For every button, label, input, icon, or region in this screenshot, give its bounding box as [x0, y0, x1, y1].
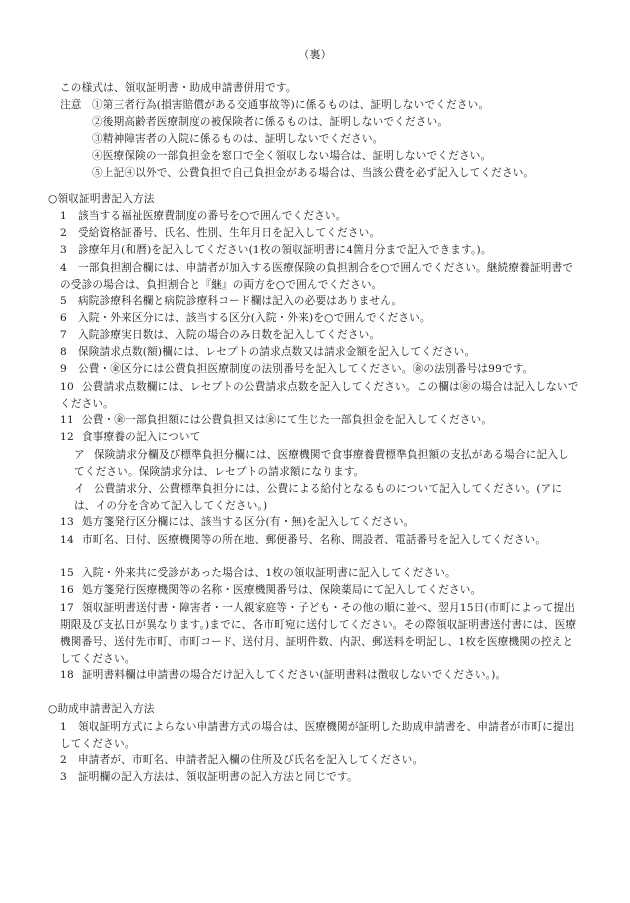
receipt-section-heading: ○領収証明書記入方法 — [48, 192, 155, 206]
item-number: 9 — [60, 362, 78, 376]
subsidy-item: 1領収証明方式によらない申請書方式の場合は、医療機関が証明した助成申請書を、申請… — [60, 719, 580, 753]
page-title: （裏） — [0, 46, 630, 62]
item-number: 14 — [60, 532, 82, 549]
intro-text: この様式は、領収証明書・助成申請書併用です。 — [60, 81, 297, 95]
item-text: 申請者が、市町名、申請者記入欄の住所及び氏名を記入してください。 — [78, 754, 423, 766]
item-text: 市町名、日付、医療機関等の所在地、郵便番号、名称、開設者、電話番号を記入してくだ… — [82, 534, 546, 546]
item-number: 17 — [60, 600, 82, 617]
receipt-item: 1該当する福祉医療費制度の番号を○で囲んでください。 — [60, 209, 580, 223]
receipt-item: 15入院・外来共に受診があった場合は、1枚の領収証明書に記入してください。 — [60, 566, 580, 580]
item-text: 公費・㊎区分には公費負担医療制度の法別番号を記入してください。㊎の法別番号は99… — [78, 363, 534, 375]
item-number: 11 — [60, 413, 82, 427]
item-text: 領収証明方式によらない申請書方式の場合は、医療機関が証明した助成申請書を、申請者… — [60, 721, 575, 750]
document-page: （裏） この様式は、領収証明書・助成申請書併用です。 注意 ①第三者行為(損害賠… — [0, 0, 630, 903]
item-number: 18 — [60, 668, 82, 682]
item-text: 公費・㊎一部負担額には公費負担又は㊎にて生じた一部負担金を記入してください。 — [82, 414, 492, 426]
item-text: 入院・外来共に受診があった場合は、1枚の領収証明書に記入してください。 — [82, 567, 456, 579]
item-number: 1 — [60, 719, 78, 736]
item-text: 処方箋発行医療機関等の名称・医療機関番号は、保険薬局にて記入してください。 — [82, 584, 481, 596]
item-text: 食事療養の記入について — [82, 431, 201, 443]
item-text: 証明書料欄は申請書の場合だけ記入してください(証明書料は徴収しないでください。)… — [82, 669, 506, 681]
note-item: ①第三者行為(損害賠償がある交通事故等)に係るものは、証明しないでください。 — [92, 98, 489, 112]
receipt-item: 14市町名、日付、医療機関等の所在地、郵便番号、名称、開設者、電話番号を記入して… — [60, 532, 580, 549]
sub-text: 保険請求分欄及び標準負担分欄には、医療機関で食事療養費標準負担額の支払がある場合… — [74, 449, 569, 478]
receipt-item: 11公費・㊎一部負担額には公費負担又は㊎にて生じた一部負担金を記入してください。 — [60, 413, 580, 427]
item-number: 3 — [60, 770, 78, 784]
item-number: 4 — [60, 260, 78, 277]
note-item: ③精神障害者の入院に係るものは、証明しないでください。 — [92, 132, 383, 146]
receipt-item: 3診療年月(和暦)を記入してください(1枚の領収証明書に4箇月分まで記入できます… — [60, 243, 580, 257]
meal-sub-item: イ公費請求分、公費標準負担分には、公費による給付となるものについて記入してくださ… — [74, 481, 579, 515]
item-text: 公費請求点数欄には、レセプトの公費請求点数を記入してください。この欄は㊎の場合は… — [60, 381, 579, 410]
receipt-item: 5病院診療科名欄と病院診療科コード欄は記入の必要はありません。 — [60, 294, 580, 308]
item-text: 病院診療科名欄と病院診療科コード欄は記入の必要はありません。 — [78, 295, 402, 307]
receipt-item: 13処方箋発行区分欄には、該当する区分(有・無)を記入してください。 — [60, 515, 580, 529]
receipt-item: 6入院・外来区分には、該当する区分(入院・外来)を○で囲んでください。 — [60, 311, 580, 325]
sub-label: イ — [74, 481, 94, 498]
receipt-item: 12食事療養の記入について — [60, 430, 580, 444]
item-text: 入院診療実日数は、入院の場合のみ日数を記入してください。 — [78, 329, 380, 341]
item-text: 受給資格証番号、氏名、性別、生年月日を記入してください。 — [78, 227, 380, 239]
note-item: ⑤上記④以外で、公費負担で自己負担金がある場合は、当該公費を必ず記入してください… — [92, 166, 534, 180]
item-text: 保険請求点数(額)欄には、レセプトの請求点数又は請求金額を記入してください。 — [78, 346, 475, 358]
item-text: 入院・外来区分には、該当する区分(入院・外来)を○で囲んでください。 — [78, 312, 431, 324]
note-item: ④医療保険の一部負担金を窓口で全く領収しない場合は、証明しないでください。 — [92, 149, 491, 163]
receipt-item: 9公費・㊎区分には公費負担医療制度の法別番号を記入してください。㊎の法別番号は9… — [60, 362, 580, 376]
subsidy-section-heading: ○助成申請書記入方法 — [48, 702, 155, 716]
receipt-item: 8保険請求点数(額)欄には、レセプトの請求点数又は請求金額を記入してください。 — [60, 345, 580, 359]
item-text: 証明欄の記入方法は、領収証明書の記入方法と同じです。 — [78, 771, 358, 783]
item-text: 処方箋発行区分欄には、該当する区分(有・無)を記入してください。 — [82, 516, 414, 528]
item-number: 3 — [60, 243, 78, 257]
item-number: 16 — [60, 583, 82, 597]
sub-text: 公費請求分、公費標準負担分には、公費による給付となるものについて記入してください… — [74, 483, 562, 512]
item-number: 5 — [60, 294, 78, 308]
receipt-item: 7入院診療実日数は、入院の場合のみ日数を記入してください。 — [60, 328, 580, 342]
item-text: 一部負担割合欄には、申請者が加入する医療保険の負担割合を○で囲んでください。継続… — [60, 262, 573, 291]
meal-sub-item: ア保険請求分欄及び標準負担分欄には、医療機関で食事療養費標準負担額の支払がある場… — [74, 447, 579, 481]
item-number: 7 — [60, 328, 78, 342]
sub-label: ア — [74, 447, 94, 464]
receipt-item: 18証明書料欄は申請書の場合だけ記入してください(証明書料は徴収しないでください… — [60, 668, 580, 682]
item-number: 13 — [60, 515, 82, 529]
item-number: 10 — [60, 379, 82, 396]
receipt-item: 10公費請求点数欄には、レセプトの公費請求点数を記入してください。この欄は㊎の場… — [60, 379, 580, 413]
receipt-item: 4一部負担割合欄には、申請者が加入する医療保険の負担割合を○で囲んでください。継… — [60, 260, 580, 294]
receipt-item: 2受給資格証番号、氏名、性別、生年月日を記入してください。 — [60, 226, 580, 240]
notes-label: 注意 — [60, 98, 82, 112]
item-text: 診療年月(和暦)を記入してください(1枚の領収証明書に4箇月分まで記入できます。… — [78, 244, 492, 256]
receipt-item: 17領収証明書送付書・障害者・一人親家庭等・子ども・その他の順に並べ、翌月15日… — [60, 600, 580, 668]
item-number: 2 — [60, 753, 78, 767]
note-item: ②後期高齢者医療制度の被保険者に係るものは、証明しないでください。 — [92, 115, 448, 129]
item-number: 1 — [60, 209, 78, 223]
item-number: 15 — [60, 566, 82, 580]
item-number: 12 — [60, 430, 82, 444]
item-number: 8 — [60, 345, 78, 359]
item-number: 2 — [60, 226, 78, 240]
subsidy-item: 3証明欄の記入方法は、領収証明書の記入方法と同じです。 — [60, 770, 580, 784]
item-text: 該当する福祉医療費制度の番号を○で囲んでください。 — [78, 210, 347, 222]
subsidy-item: 2申請者が、市町名、申請者記入欄の住所及び氏名を記入してください。 — [60, 753, 580, 767]
receipt-item: 16処方箋発行医療機関等の名称・医療機関番号は、保険薬局にて記入してください。 — [60, 583, 580, 597]
item-text: 領収証明書送付書・障害者・一人親家庭等・子ども・その他の順に並べ、翌月15日(市… — [60, 602, 576, 665]
item-number: 6 — [60, 311, 78, 325]
